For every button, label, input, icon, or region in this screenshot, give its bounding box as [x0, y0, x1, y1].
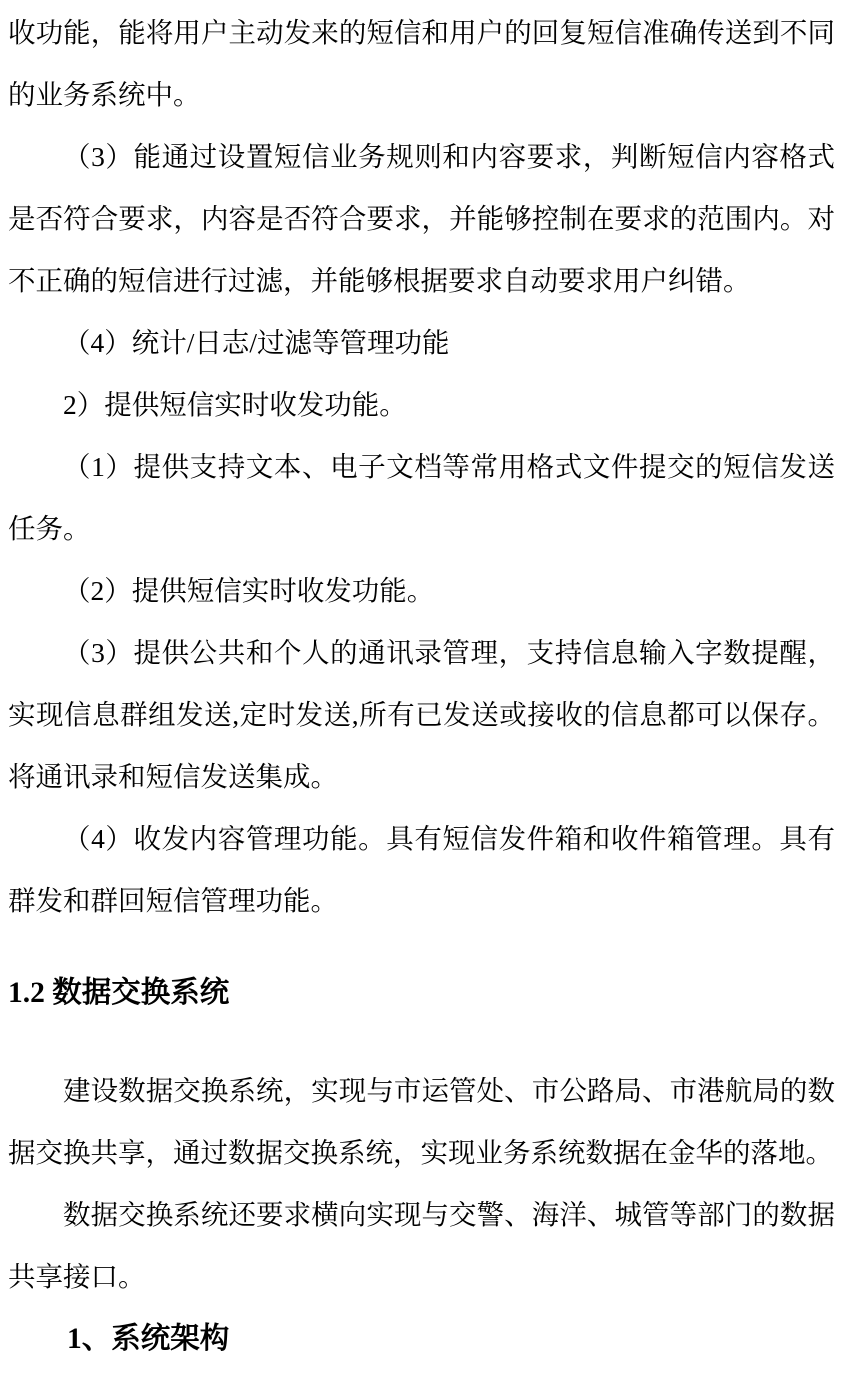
subsection-heading-system-architecture: 1、系统架构: [8, 1308, 835, 1370]
body-paragraph-continuation: 收功能，能将用户主动发来的短信和用户的回复短信准确传送到不同的业务系统中。: [8, 2, 835, 126]
body-paragraph: （3）提供公共和个人的通讯录管理，支持信息输入字数提醒，实现信息群组发送,定时发…: [8, 622, 835, 808]
body-paragraph: 2）提供短信实时收发功能。: [8, 374, 835, 436]
body-paragraph: （1）提供支持文本、电子文档等常用格式文件提交的短信发送任务。: [8, 436, 835, 560]
body-paragraph: 数据交换系统还要求横向实现与交警、海洋、城管等部门的数据共享接口。: [8, 1184, 835, 1308]
body-paragraph: （2）提供短信实时收发功能。: [8, 560, 835, 622]
section-heading-1-2: 1.2 数据交换系统: [8, 962, 835, 1024]
document-page: 收功能，能将用户主动发来的短信和用户的回复短信准确传送到不同的业务系统中。 （3…: [0, 0, 843, 1377]
body-paragraph: （3）能通过设置短信业务规则和内容要求，判断短信内容格式是否符合要求，内容是否符…: [8, 126, 835, 312]
body-paragraph: （4）统计/日志/过滤等管理功能: [8, 312, 835, 374]
body-paragraph: 建设数据交换系统，实现与市运管处、市公路局、市港航局的数据交换共享，通过数据交换…: [8, 1060, 835, 1184]
body-paragraph: （4）收发内容管理功能。具有短信发件箱和收件箱管理。具有群发和群回短信管理功能。: [8, 808, 835, 932]
